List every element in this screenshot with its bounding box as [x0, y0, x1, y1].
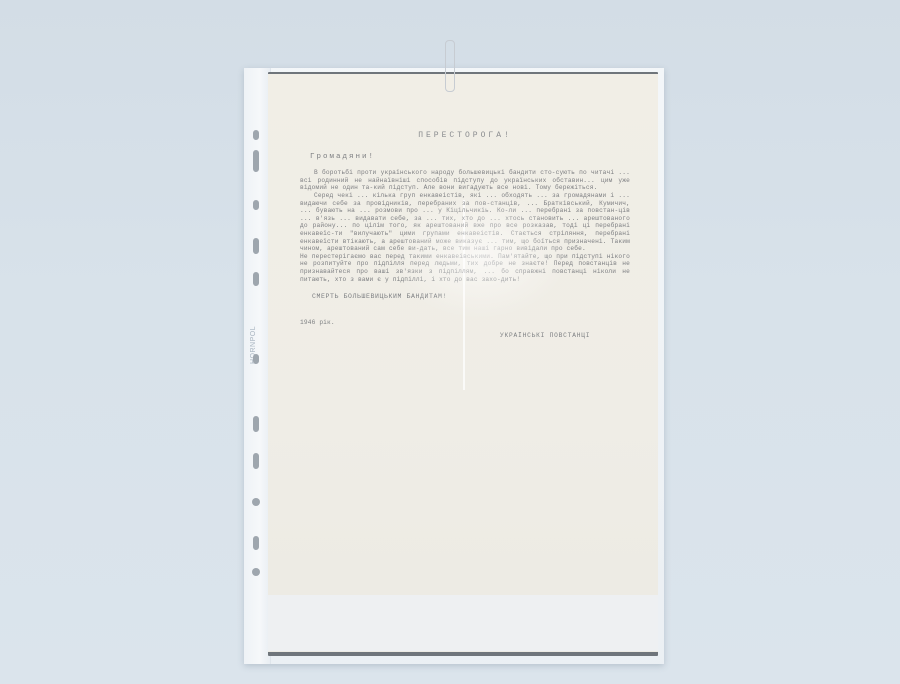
- punch-hole: [253, 536, 259, 550]
- punch-hole: [253, 130, 259, 140]
- paper-clip-icon: [445, 40, 455, 92]
- punch-hole: [253, 238, 259, 254]
- document-title: ПЕРЕСТОРОГА!: [300, 132, 630, 140]
- document-signature: УКРАЇНСЬКІ ПОВСТАНЦІ: [500, 332, 630, 340]
- punch-hole: [253, 200, 259, 210]
- punch-hole: [252, 568, 260, 576]
- document-greeting: Громадяни!: [310, 154, 630, 162]
- paragraph-2: Серед чекі ... кілька груп енкавеістів, …: [300, 192, 630, 253]
- paragraph-1: В боротьбі проти українського народу бол…: [300, 169, 630, 192]
- punch-hole: [253, 416, 259, 432]
- punched-binding-strip: HORNPOL: [244, 68, 271, 664]
- document-year: 1946 рік.: [300, 319, 630, 327]
- slogan: СМЕРТЬ БОЛЬШЕВИЦЬКИМ БАНДИТАМ!: [312, 293, 630, 301]
- punch-hole: [253, 354, 259, 364]
- paragraph-3: Не перестерігаємо вас перед такими енкав…: [300, 253, 630, 283]
- sleeve-bottom-margin: [268, 595, 658, 651]
- punch-hole: [253, 150, 259, 172]
- punch-hole: [252, 498, 260, 506]
- punch-hole: [253, 272, 259, 286]
- typewritten-leaflet: ПЕРЕСТОРОГА! Громадяни! В боротьбі проти…: [300, 132, 630, 340]
- punch-hole: [253, 453, 259, 469]
